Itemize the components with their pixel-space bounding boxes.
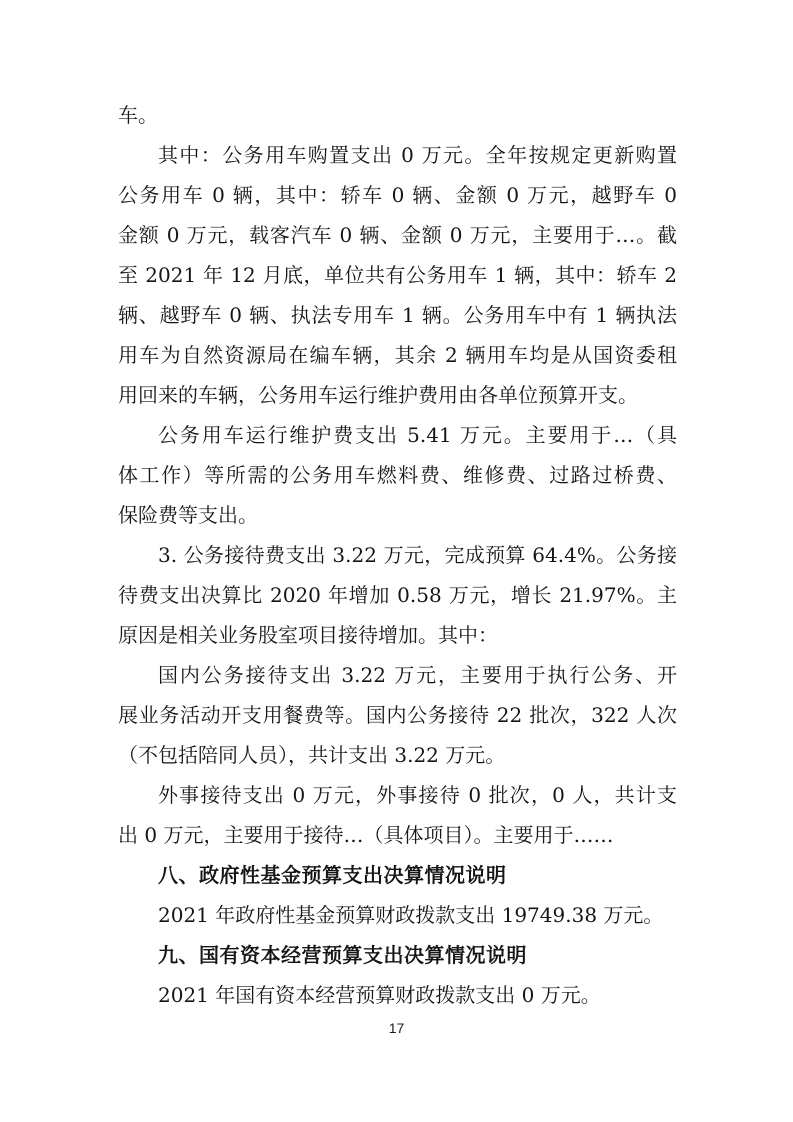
text-line: 原因是相关业务股室项目接待增加。其中： [118,615,677,655]
text-line: 体工作）等所需的公务用车燃料费、维修费、过路过桥费、 [118,455,677,495]
section-heading: 八、政府性基金预算支出决算情况说明 [118,855,677,895]
text-line: 辆、越野车 0 辆、执法专用车 1 辆。公务用车中有 1 辆执法 [118,295,677,335]
text-line: 公务用车 0 辆，其中：轿车 0 辆、金额 0 万元，越野车 0 辆、 [118,175,677,215]
text-line: 展业务活动开支用餐费等。国内公务接待 22 批次，322 人次 [118,695,677,735]
text-line: 2021 年国有资本经营预算财政拨款支出 0 万元。 [118,975,677,1015]
text-line: 其中：公务用车购置支出 0 万元。全年按规定更新购置 [118,135,677,175]
text-line: 用车为自然资源局在编车辆，其余 2 辆用车均是从国资委租 [118,335,677,375]
text-line: 公务用车运行维护费支出 5.41 万元。主要用于…（具 [118,415,677,455]
page-number-footer: 17 [0,1020,793,1044]
text-line: 出 0 万元，主要用于接待…（具体项目）。主要用于…… [118,815,677,855]
text-line: 3. 公务接待费支出 3.22 万元，完成预算 64.4%。公务接 [118,535,677,575]
document-page: 车。其中：公务用车购置支出 0 万元。全年按规定更新购置公务用车 0 辆，其中：… [0,0,793,1122]
document-content: 车。其中：公务用车购置支出 0 万元。全年按规定更新购置公务用车 0 辆，其中：… [118,95,677,1015]
text-line: 保险费等支出。 [118,495,677,535]
text-line: 用回来的车辆，公务用车运行维护费用由各单位预算开支。 [118,375,677,415]
text-line: 外事接待支出 0 万元，外事接待 0 批次，0 人，共计支 [118,775,677,815]
page-number: 17 [389,1020,405,1036]
text-line: 国内公务接待支出 3.22 万元，主要用于执行公务、开 [118,655,677,695]
text-line: 2021 年政府性基金预算财政拨款支出 19749.38 万元。 [118,895,677,935]
text-line: 至 2021 年 12 月底，单位共有公务用车 1 辆，其中：轿车 2 [118,255,677,295]
text-line: 待费支出决算比 2020 年增加 0.58 万元，增长 21.97%。主要 [118,575,677,615]
text-line: 金额 0 万元，载客汽车 0 辆、金额 0 万元，主要用于…。截 [118,215,677,255]
section-heading: 九、国有资本经营预算支出决算情况说明 [118,935,677,975]
text-line: 车。 [118,95,677,135]
text-line: （不包括陪同人员），共计支出 3.22 万元。 [118,735,677,775]
